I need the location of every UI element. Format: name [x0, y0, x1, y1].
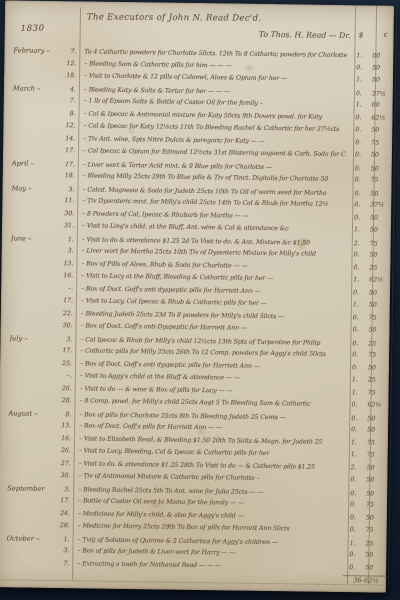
entry-cents: 50 — [363, 512, 387, 525]
entry-dollars: 1. — [346, 274, 366, 287]
entry-day: 18 — [62, 70, 76, 83]
entry-day: 27 — [57, 458, 71, 471]
entry-dollars: 0. — [349, 62, 369, 75]
entry-day: 13 — [57, 420, 71, 433]
entry-day: 30 — [56, 470, 70, 483]
entry-month-label — [13, 114, 62, 115]
debit-line: To Thos. H. Read — Dr. — [183, 29, 351, 40]
entry-cents: 62½ — [366, 274, 390, 287]
entry-day: – — [58, 370, 72, 383]
entry-cents: 50 — [362, 549, 386, 562]
entry-dollars: 1. — [347, 224, 367, 237]
entry-month-label — [10, 301, 59, 302]
entry-month-label: May – — [11, 182, 60, 195]
entry-description: – Extracting a tooth for Nathaniel Read … — [77, 558, 340, 574]
entry-month-label — [6, 564, 55, 565]
entry-cents: 50 — [364, 424, 388, 437]
entry-cents: 50 — [365, 324, 389, 337]
entry-day: 11 — [60, 195, 74, 208]
entry-month-label — [12, 126, 61, 127]
entry-dollars: 0. — [344, 399, 364, 412]
entry-dollars: 1. — [344, 449, 364, 462]
entry-day: 16 — [57, 433, 71, 446]
entry-cents: 37½ — [367, 199, 391, 212]
entry-month-label — [9, 364, 58, 365]
entry-day: 17 — [58, 345, 72, 358]
entry-dollars: 1. — [349, 99, 369, 112]
entry-day: 30 — [60, 208, 74, 221]
entry-dollars: 0. — [345, 349, 365, 362]
entry-dollars: 2. — [344, 462, 364, 475]
entry-cents: 75 — [365, 387, 389, 400]
entry-cents: 75 — [365, 349, 389, 362]
entry-day: 13 — [59, 258, 73, 271]
entry-month-label: June – — [11, 232, 60, 245]
entry-month-label — [7, 514, 56, 515]
entry-cents: 50 — [367, 212, 391, 225]
entry-day: 26 — [58, 383, 72, 396]
entry-month-label — [10, 326, 59, 327]
entry-cents: 50 — [366, 299, 390, 312]
entry-month-label — [13, 76, 62, 77]
entry-month-label — [11, 251, 60, 252]
entry-dollars: 0. — [344, 424, 364, 437]
entry-month-label — [8, 439, 57, 440]
entry-dollars: 0. — [342, 549, 362, 562]
entry-day: 25 — [58, 358, 72, 371]
entry-cents: 50 — [362, 562, 386, 575]
entry-cents: 50 — [366, 249, 390, 262]
entry-dollars: 0. — [345, 324, 365, 337]
entry-month-label — [12, 139, 61, 140]
entry-cents: 50 — [369, 62, 393, 75]
entry-dollars: 0. — [347, 212, 367, 225]
entry-day: 12 — [62, 58, 76, 71]
entry-month-label — [7, 501, 56, 502]
entry-dollars: 0. — [345, 362, 365, 375]
entry-dollars: 0. — [343, 512, 363, 525]
entry-month-label — [8, 451, 57, 452]
entry-day: 7 — [62, 95, 76, 108]
entry-day: 28 — [56, 520, 70, 533]
entry-month-label — [10, 276, 59, 277]
entry-day: 30 — [58, 320, 72, 333]
entry-cents: 62½ — [368, 112, 392, 125]
entry-month-label — [9, 351, 58, 352]
entry-cents: 25 — [365, 374, 389, 387]
entry-dollars: 0. — [347, 249, 367, 262]
entry-cents: 50 — [366, 287, 390, 300]
entry-cents: 00 — [369, 99, 393, 112]
entry-month-label: September — [7, 482, 56, 495]
entry-day: 31 — [60, 220, 74, 233]
entry-cents: 75 — [366, 312, 390, 325]
entry-month-label — [11, 201, 60, 202]
entry-day: – — [59, 283, 73, 296]
entry-month-label — [8, 426, 57, 427]
entry-cents: 50 — [368, 149, 392, 162]
entry-dollars: 0. — [347, 199, 367, 212]
entry-month-label — [6, 551, 55, 552]
year-label: 1830 — [21, 23, 45, 34]
entry-dollars: 0. — [348, 124, 368, 137]
cents-column-header: c — [384, 31, 388, 39]
entry-dollars: 0. — [348, 137, 368, 150]
entry-cents: 62½ — [364, 399, 388, 412]
entry-cents: 75 — [363, 499, 387, 512]
entry-day: 3 — [55, 545, 69, 558]
entry-month-label — [11, 214, 60, 215]
entry-month-label — [9, 401, 58, 402]
entries-list: February – 7 To 4 Cathartic powders for … — [0, 44, 393, 574]
entry-day: 18 — [61, 170, 75, 183]
entry-dollars: 0. — [343, 474, 363, 487]
entry-month-label — [9, 389, 58, 390]
entry-cents: 75 — [364, 449, 388, 462]
entry-cents: 50 — [363, 474, 387, 487]
paper-crease — [1, 579, 383, 585]
entry-dollars: 0. — [342, 562, 362, 575]
dollar-column-header: $ — [359, 30, 364, 39]
entry-dollars: 0. — [346, 312, 366, 325]
entry-month-label — [8, 464, 57, 465]
entry-dollars: 0. — [348, 112, 368, 125]
entry-month-label — [11, 226, 60, 227]
entry-day: 17 — [59, 295, 73, 308]
entry-day: 17 — [56, 495, 70, 508]
entry-day: 17 — [61, 145, 75, 158]
entry-month-label: October – — [7, 532, 56, 545]
entry-month-label — [7, 526, 56, 527]
entry-month-label: February – — [13, 44, 62, 57]
entry-month-label: July – — [9, 332, 58, 345]
entry-cents: 50 — [369, 74, 393, 87]
entry-dollars: 0. — [343, 524, 363, 537]
entry-month-label: March – — [13, 82, 62, 95]
entry-day: 8 — [61, 108, 75, 121]
ledger-page: The Executors of John N. Read Dec'd. To … — [0, 0, 394, 592]
entry-month-label — [13, 64, 62, 65]
entry-cents: 50 — [367, 224, 391, 237]
entry-day: 28 — [57, 395, 71, 408]
entry-dollars: 1. — [346, 299, 366, 312]
entry-dollars: 0. — [348, 149, 368, 162]
entry-dollars: 0. — [343, 499, 363, 512]
entry-cents: 75 — [364, 437, 388, 450]
entry-cents: 50 — [364, 462, 388, 475]
entry-day: 24 — [56, 508, 70, 521]
entry-dollars: 1. — [344, 437, 364, 450]
entry-day: 22 — [59, 308, 73, 321]
entry-month-label — [10, 314, 59, 315]
entry-cents: 75 — [368, 137, 392, 150]
entry-month-label: August – — [8, 407, 57, 420]
entry-day: 12 — [61, 120, 75, 133]
page-title: The Executors of John N. Read Dec'd. — [87, 12, 377, 24]
entry-dollars: 0. — [346, 262, 366, 275]
entry-day: 7 — [55, 558, 69, 571]
entry-dollars: 0. — [346, 287, 366, 300]
entry-dollars: 1. — [345, 374, 365, 387]
total-amount: 36-62½ — [343, 576, 389, 585]
entry-month-label — [12, 151, 61, 152]
entry-cents: 25 — [366, 262, 390, 275]
entry-day: 3 — [60, 245, 74, 258]
entry-month-label — [13, 101, 62, 102]
entry-month-label — [9, 376, 58, 377]
entry-dollars: 1. — [345, 387, 365, 400]
entry-dollars: 0. — [348, 174, 368, 187]
entry-month-label — [10, 289, 59, 290]
entry-day: 26 — [57, 445, 71, 458]
entry-day: 16 — [59, 270, 73, 283]
entry-day: 14 — [61, 133, 75, 146]
entry-cents: 50 — [368, 124, 392, 137]
entry-cents: 75 — [363, 524, 387, 537]
entry-dollars: 1. — [349, 74, 369, 87]
entry-month-label: April – — [12, 157, 61, 170]
entry-cents: 50 — [365, 362, 389, 375]
entry-month-label — [7, 476, 56, 477]
entry-cents: 75 — [368, 174, 392, 187]
entry-month-label — [10, 264, 59, 265]
entry-month-label — [12, 176, 61, 177]
